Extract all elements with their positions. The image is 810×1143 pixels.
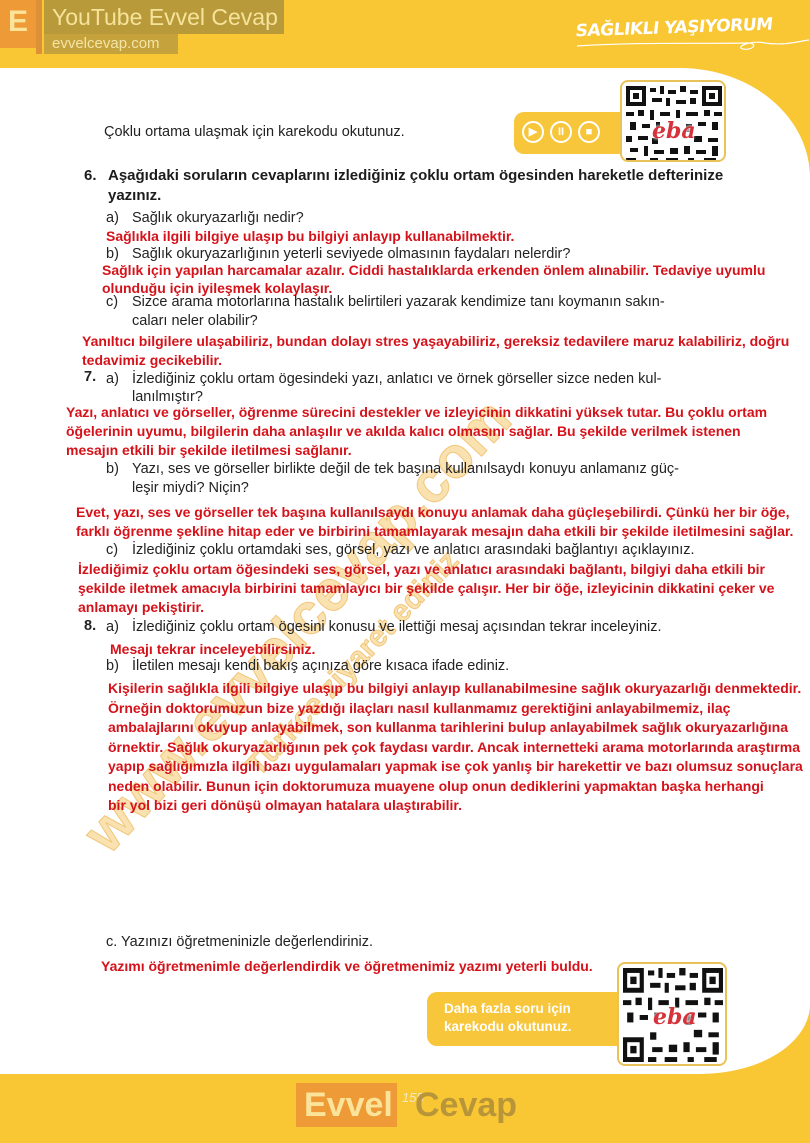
q6a-answer: Sağlıkla ilgili bilgiye ulaşıp bu bilgiy…: [106, 227, 514, 247]
q6c-label: c): [106, 293, 118, 312]
q8b-label: b): [106, 657, 119, 676]
q6b-answer-line1: Sağlık için yapılan harcamalar azalır. C…: [102, 261, 765, 281]
q6-number: 6.: [84, 166, 97, 185]
channel-name[interactable]: YouTube Evvel Cevap: [44, 0, 284, 34]
q8a-question: İzlediğiniz çoklu ortam ögesini konusu v…: [132, 618, 662, 637]
play-icon[interactable]: ▶: [522, 121, 544, 143]
q6c-question-line2: caları neler olabilir?: [132, 312, 258, 331]
q7a-question-line1: İzlediğiniz çoklu ortam ögesindeki yazı,…: [132, 370, 662, 389]
more-questions-line2: karekodu okutunuz.: [444, 1018, 572, 1036]
q7c-label: c): [106, 541, 118, 560]
q8-number: 8.: [84, 618, 96, 634]
site-link[interactable]: evvelcevap.com: [44, 34, 178, 54]
footer-logo-cevap: Cevap: [415, 1083, 517, 1127]
q8c-question: c. Yazınızı öğretmeninizle değerlendirin…: [106, 933, 373, 952]
more-questions-text: Daha fazla soru için karekodu okutunuz.: [444, 1000, 572, 1036]
more-questions-banner[interactable]: Daha fazla soru için karekodu okutunuz.: [427, 992, 627, 1046]
q7-number: 7.: [84, 369, 96, 385]
q6-prompt-line1: Aşağıdaki soruların cevaplarını izlediği…: [108, 166, 723, 185]
eba-logo: eba: [653, 1004, 697, 1030]
q6a-question: Sağlık okuryazarlığı nedir?: [132, 209, 304, 228]
q7a-answer-line1: Yazı, anlatıcı ve görseller, öğrenme sür…: [66, 403, 767, 423]
q7b-question-line1: Yazı, ses ve görseller birlikte değil de…: [132, 460, 679, 479]
q8b-answer-line: örnektir. Sağlık okuryazarlığının pek ço…: [108, 738, 803, 758]
q8b-answer-line: yapıp sağlığımızla ilgili bazı uygulamal…: [108, 757, 803, 777]
q7a-answer-line2: öğelerinin uyumu, bilgilerin daha anlaşı…: [66, 422, 741, 442]
q8a-label: a): [106, 618, 119, 637]
footer-logo-evvel: Evvel: [296, 1083, 397, 1127]
q7c-answer-line2: şekilde iletmek amacıyla birbirini tamam…: [78, 579, 774, 599]
q6c-answer-line1: Yanıltıcı bilgilere ulaşabiliriz, bundan…: [82, 332, 789, 352]
q6c-answer-line2: tedavimiz gecikebilir.: [82, 351, 222, 371]
q8c-answer: Yazımı öğretmenimle değerlendirdik ve öğ…: [101, 957, 593, 977]
q7b-answer-line1: Evet, yazı, ses ve görseller tek başına …: [76, 503, 789, 523]
q7c-answer-line1: İzlediğimiz çoklu ortam öğesindeki ses, …: [78, 560, 765, 580]
q7c-question: İzlediğiniz çoklu ortamdaki ses, görsel,…: [132, 541, 695, 560]
q7b-label: b): [106, 460, 119, 479]
logo-divider: [36, 0, 42, 54]
qr-code-questions[interactable]: eba: [617, 962, 727, 1066]
stop-icon[interactable]: ■: [578, 121, 600, 143]
q8b-answer-line: ambalajlarını okuyup anlayabilmek, son k…: [108, 718, 803, 738]
q6-prompt-line2: yazınız.: [108, 186, 161, 205]
q7b-question-line2: leşir miydi? Niçin?: [132, 479, 249, 498]
q8b-answer-line: neden olabilir. Bunun için doktorumuza m…: [108, 777, 803, 797]
qr-code-media[interactable]: eba: [620, 80, 726, 162]
q6a-label: a): [106, 209, 119, 228]
swirl-decoration: [575, 36, 810, 54]
more-questions-line1: Daha fazla soru için: [444, 1000, 572, 1018]
q8b-answer-line: Örneğin doktorumuzun bize yazdığı ilaçla…: [108, 699, 803, 719]
evvel-logo-icon: E: [0, 0, 36, 48]
q8b-answer-line: bir yol bizi geri dönüşü olmayan hatalar…: [108, 796, 803, 816]
q7a-label: a): [106, 370, 119, 389]
q8b-question: İletilen mesajı kendi bakış açınıza göre…: [132, 657, 509, 676]
q7a-answer-line3: mesajın etkili bir şekilde iletilmesi sa…: [66, 441, 352, 461]
q7b-answer-line2: farklı öğrenme şekline hitap eder ve bir…: [76, 522, 793, 542]
eba-logo: eba: [652, 118, 696, 144]
q8b-answer-line: Kişilerin sağlıkla ilgili bilgiye ulaşıp…: [108, 679, 803, 699]
q6c-question-line1: Sizce arama motorlarına hastalık belirti…: [132, 293, 665, 312]
pause-icon[interactable]: II: [550, 121, 572, 143]
q8b-answer: Kişilerin sağlıkla ilgili bilgiye ulaşıp…: [108, 679, 803, 816]
media-instruction: Çoklu ortama ulaşmak için karekodu okutu…: [104, 123, 405, 142]
q7c-answer-line3: anlamayı pekiştirir.: [78, 598, 204, 618]
media-controls: ▶ II ■: [514, 112, 624, 154]
